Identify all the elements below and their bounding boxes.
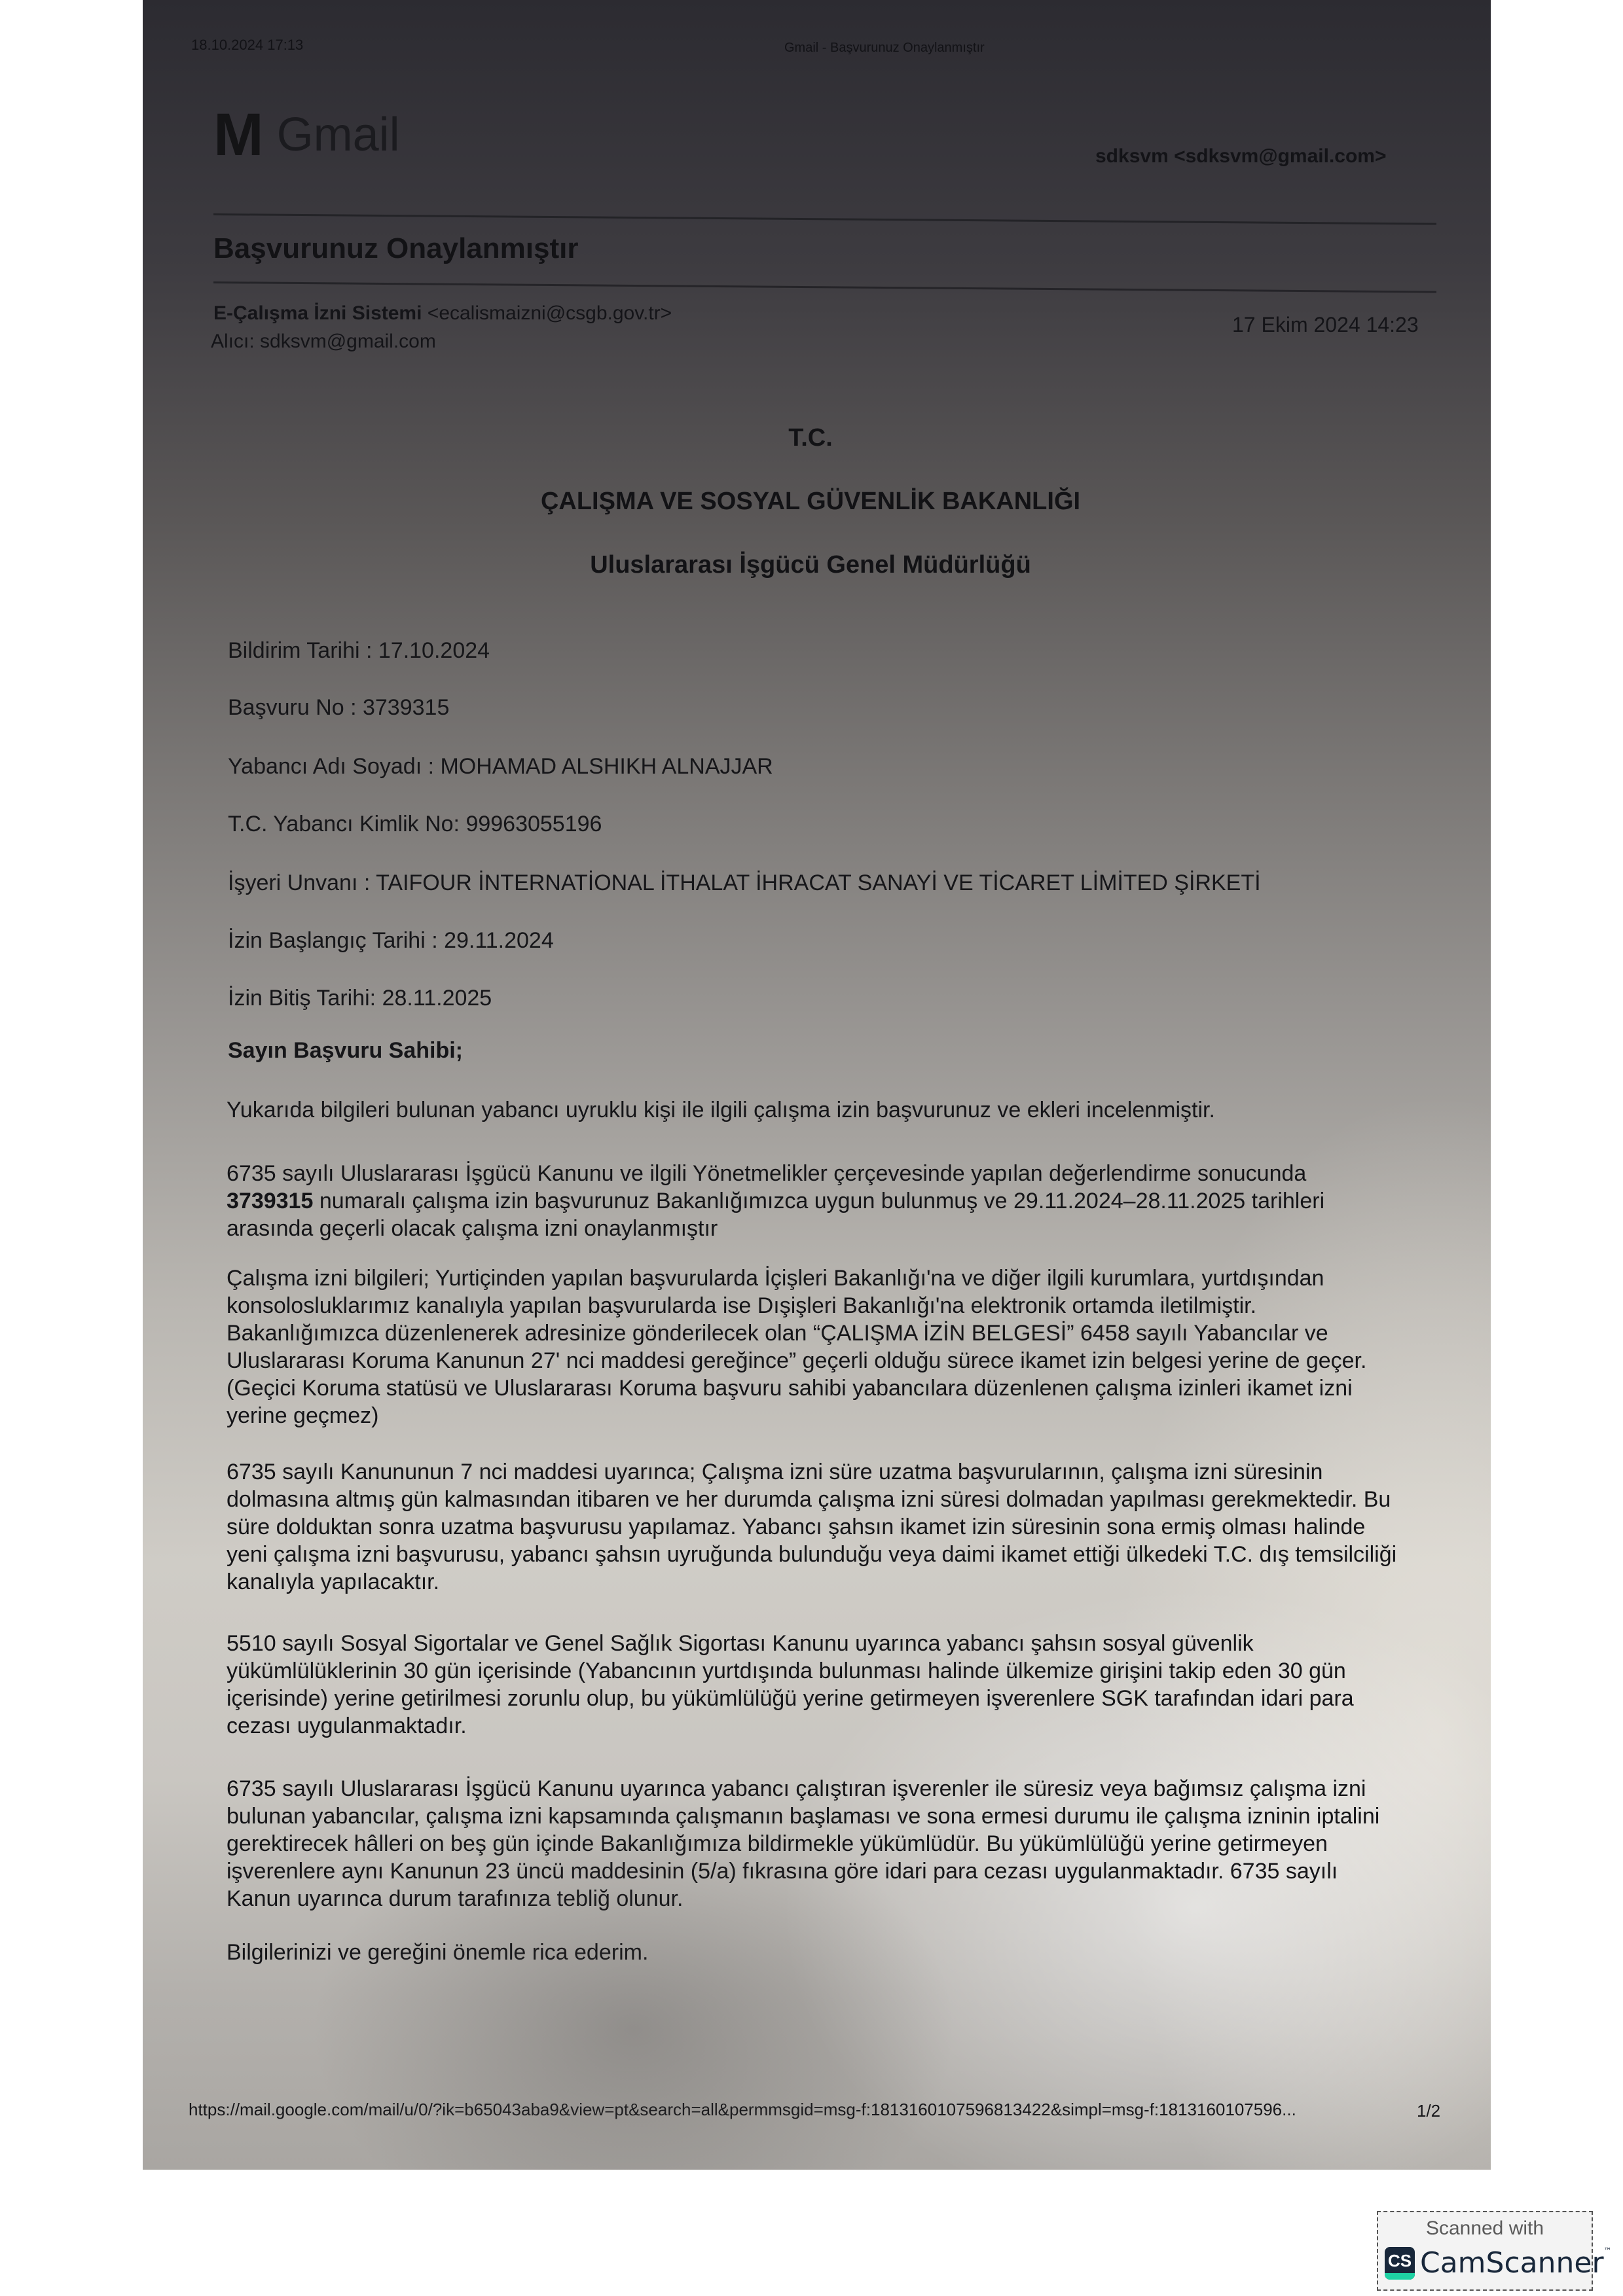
field-label: T.C. Yabancı Kimlik No: xyxy=(228,812,460,836)
email-date: 17 Ekim 2024 14:23 xyxy=(1232,313,1419,337)
paragraph-approval: 6735 sayılı Uluslararası İşgücü Kanunu v… xyxy=(227,1160,1398,1242)
field-label: İzin Bitiş Tarihi: xyxy=(228,986,376,1011)
field-value: 99963055196 xyxy=(465,812,602,836)
field-application-no: Başvuru No : 3739315 xyxy=(228,695,449,721)
header-divider xyxy=(213,213,1436,225)
account-email: sdksvm <sdksvm@gmail.com> xyxy=(1095,145,1386,168)
letter-heading-directorate: Uluslararası İşgücü Genel Müdürlüğü xyxy=(143,551,1478,579)
gmail-logo-text: Gmail xyxy=(277,111,400,158)
field-value: 28.11.2025 xyxy=(382,986,492,1011)
brand-text: CamScanner xyxy=(1420,2246,1604,2280)
field-label: Bildirim Tarihi : xyxy=(228,638,372,663)
field-value: 17.10.2024 xyxy=(378,638,490,663)
paragraph-social-security: 5510 sayılı Sosyal Sigortalar ve Genel S… xyxy=(227,1630,1398,1740)
sender-name: E-Çalışma İzni Sistemi xyxy=(213,302,422,324)
salutation: Sayın Başvuru Sahibi; xyxy=(228,1038,463,1064)
gmail-m-icon: M xyxy=(213,105,260,165)
camscanner-cs-icon: CS xyxy=(1385,2247,1415,2280)
field-permit-end: İzin Bitiş Tarihi: 28.11.2025 xyxy=(228,986,492,1011)
sender-email: <ecalismaizni@csgb.gov.tr> xyxy=(428,302,672,324)
field-value: TAIFOUR İNTERNATİONAL İTHALAT İHRACAT SA… xyxy=(376,870,1260,895)
paragraph-intro: Yukarıda bilgileri bulunan yabancı uyruk… xyxy=(227,1096,1398,1124)
camscanner-wordmark: CamScanner™ xyxy=(1420,2246,1612,2280)
closing-sentence: Bilgilerinizi ve gereğini önemle rica ed… xyxy=(227,1939,1398,1966)
print-datetime: 18.10.2024 17:13 xyxy=(191,37,303,54)
camscanner-brand: CS CamScanner™ xyxy=(1385,2246,1612,2280)
approval-text-lead: 6735 sayılı Uluslararası İşgücü Kanunu v… xyxy=(227,1161,1306,1186)
email-recipient: Alıcı: sdksvm@gmail.com xyxy=(211,331,436,353)
field-label: İzin Başlangıç Tarihi : xyxy=(228,928,438,953)
print-page-number: 1/2 xyxy=(1417,2101,1440,2121)
approval-text-rest: numaralı çalışma izin başvurunuz Bakanlı… xyxy=(227,1189,1324,1241)
print-footer-url: https://mail.google.com/mail/u/0/?ik=b65… xyxy=(189,2100,1296,2120)
paragraph-extension: 6735 sayılı Kanununun 7 nci maddesi uyar… xyxy=(227,1458,1398,1596)
field-notification-date: Bildirim Tarihi : 17.10.2024 xyxy=(228,638,490,664)
field-value: MOHAMAD ALSHIKH ALNAJJAR xyxy=(440,754,773,779)
subject-divider xyxy=(213,281,1436,293)
email-subject: Başvurunuz Onaylanmıştır xyxy=(213,232,578,265)
camscanner-watermark: Scanned with CS CamScanner™ xyxy=(1377,2211,1593,2291)
field-value: 3739315 xyxy=(363,695,449,720)
scanned-with-label: Scanned with xyxy=(1378,2217,1592,2240)
field-value: 29.11.2024 xyxy=(444,928,554,953)
gmail-logo: M Gmail xyxy=(213,105,400,165)
trademark-symbol: ™ xyxy=(1604,2246,1612,2255)
field-label: Yabancı Adı Soyadı : xyxy=(228,754,434,779)
paragraph-permit-info: Çalışma izni bilgileri; Yurtiçinden yapı… xyxy=(227,1265,1398,1429)
letter-heading-tc: T.C. xyxy=(143,424,1478,452)
email-sender: E-Çalışma İzni Sistemi <ecalismaizni@csg… xyxy=(213,302,672,325)
field-label: Başvuru No : xyxy=(228,695,357,720)
print-page-title: Gmail - Başvurunuz Onaylanmıştır xyxy=(784,41,985,56)
paragraph-employer-obligations: 6735 sayılı Uluslararası İşgücü Kanunu u… xyxy=(227,1775,1398,1912)
scanned-document-photo: 18.10.2024 17:13 Gmail - Başvurunuz Onay… xyxy=(143,0,1491,2170)
field-permit-start: İzin Başlangıç Tarihi : 29.11.2024 xyxy=(228,928,554,954)
cs-icon-text: CS xyxy=(1385,2251,1415,2271)
letter-heading-ministry: ÇALIŞMA VE SOSYAL GÜVENLİK BAKANLIĞI xyxy=(143,488,1478,516)
field-label: İşyeri Unvanı : xyxy=(228,870,370,895)
field-foreigner-name: Yabancı Adı Soyadı : MOHAMAD ALSHIKH ALN… xyxy=(228,754,773,780)
application-number-bold: 3739315 xyxy=(227,1189,313,1213)
field-employer-title: İşyeri Unvanı : TAIFOUR İNTERNATİONAL İT… xyxy=(228,870,1261,896)
field-foreigner-id: T.C. Yabancı Kimlik No: 99963055196 xyxy=(228,812,602,837)
